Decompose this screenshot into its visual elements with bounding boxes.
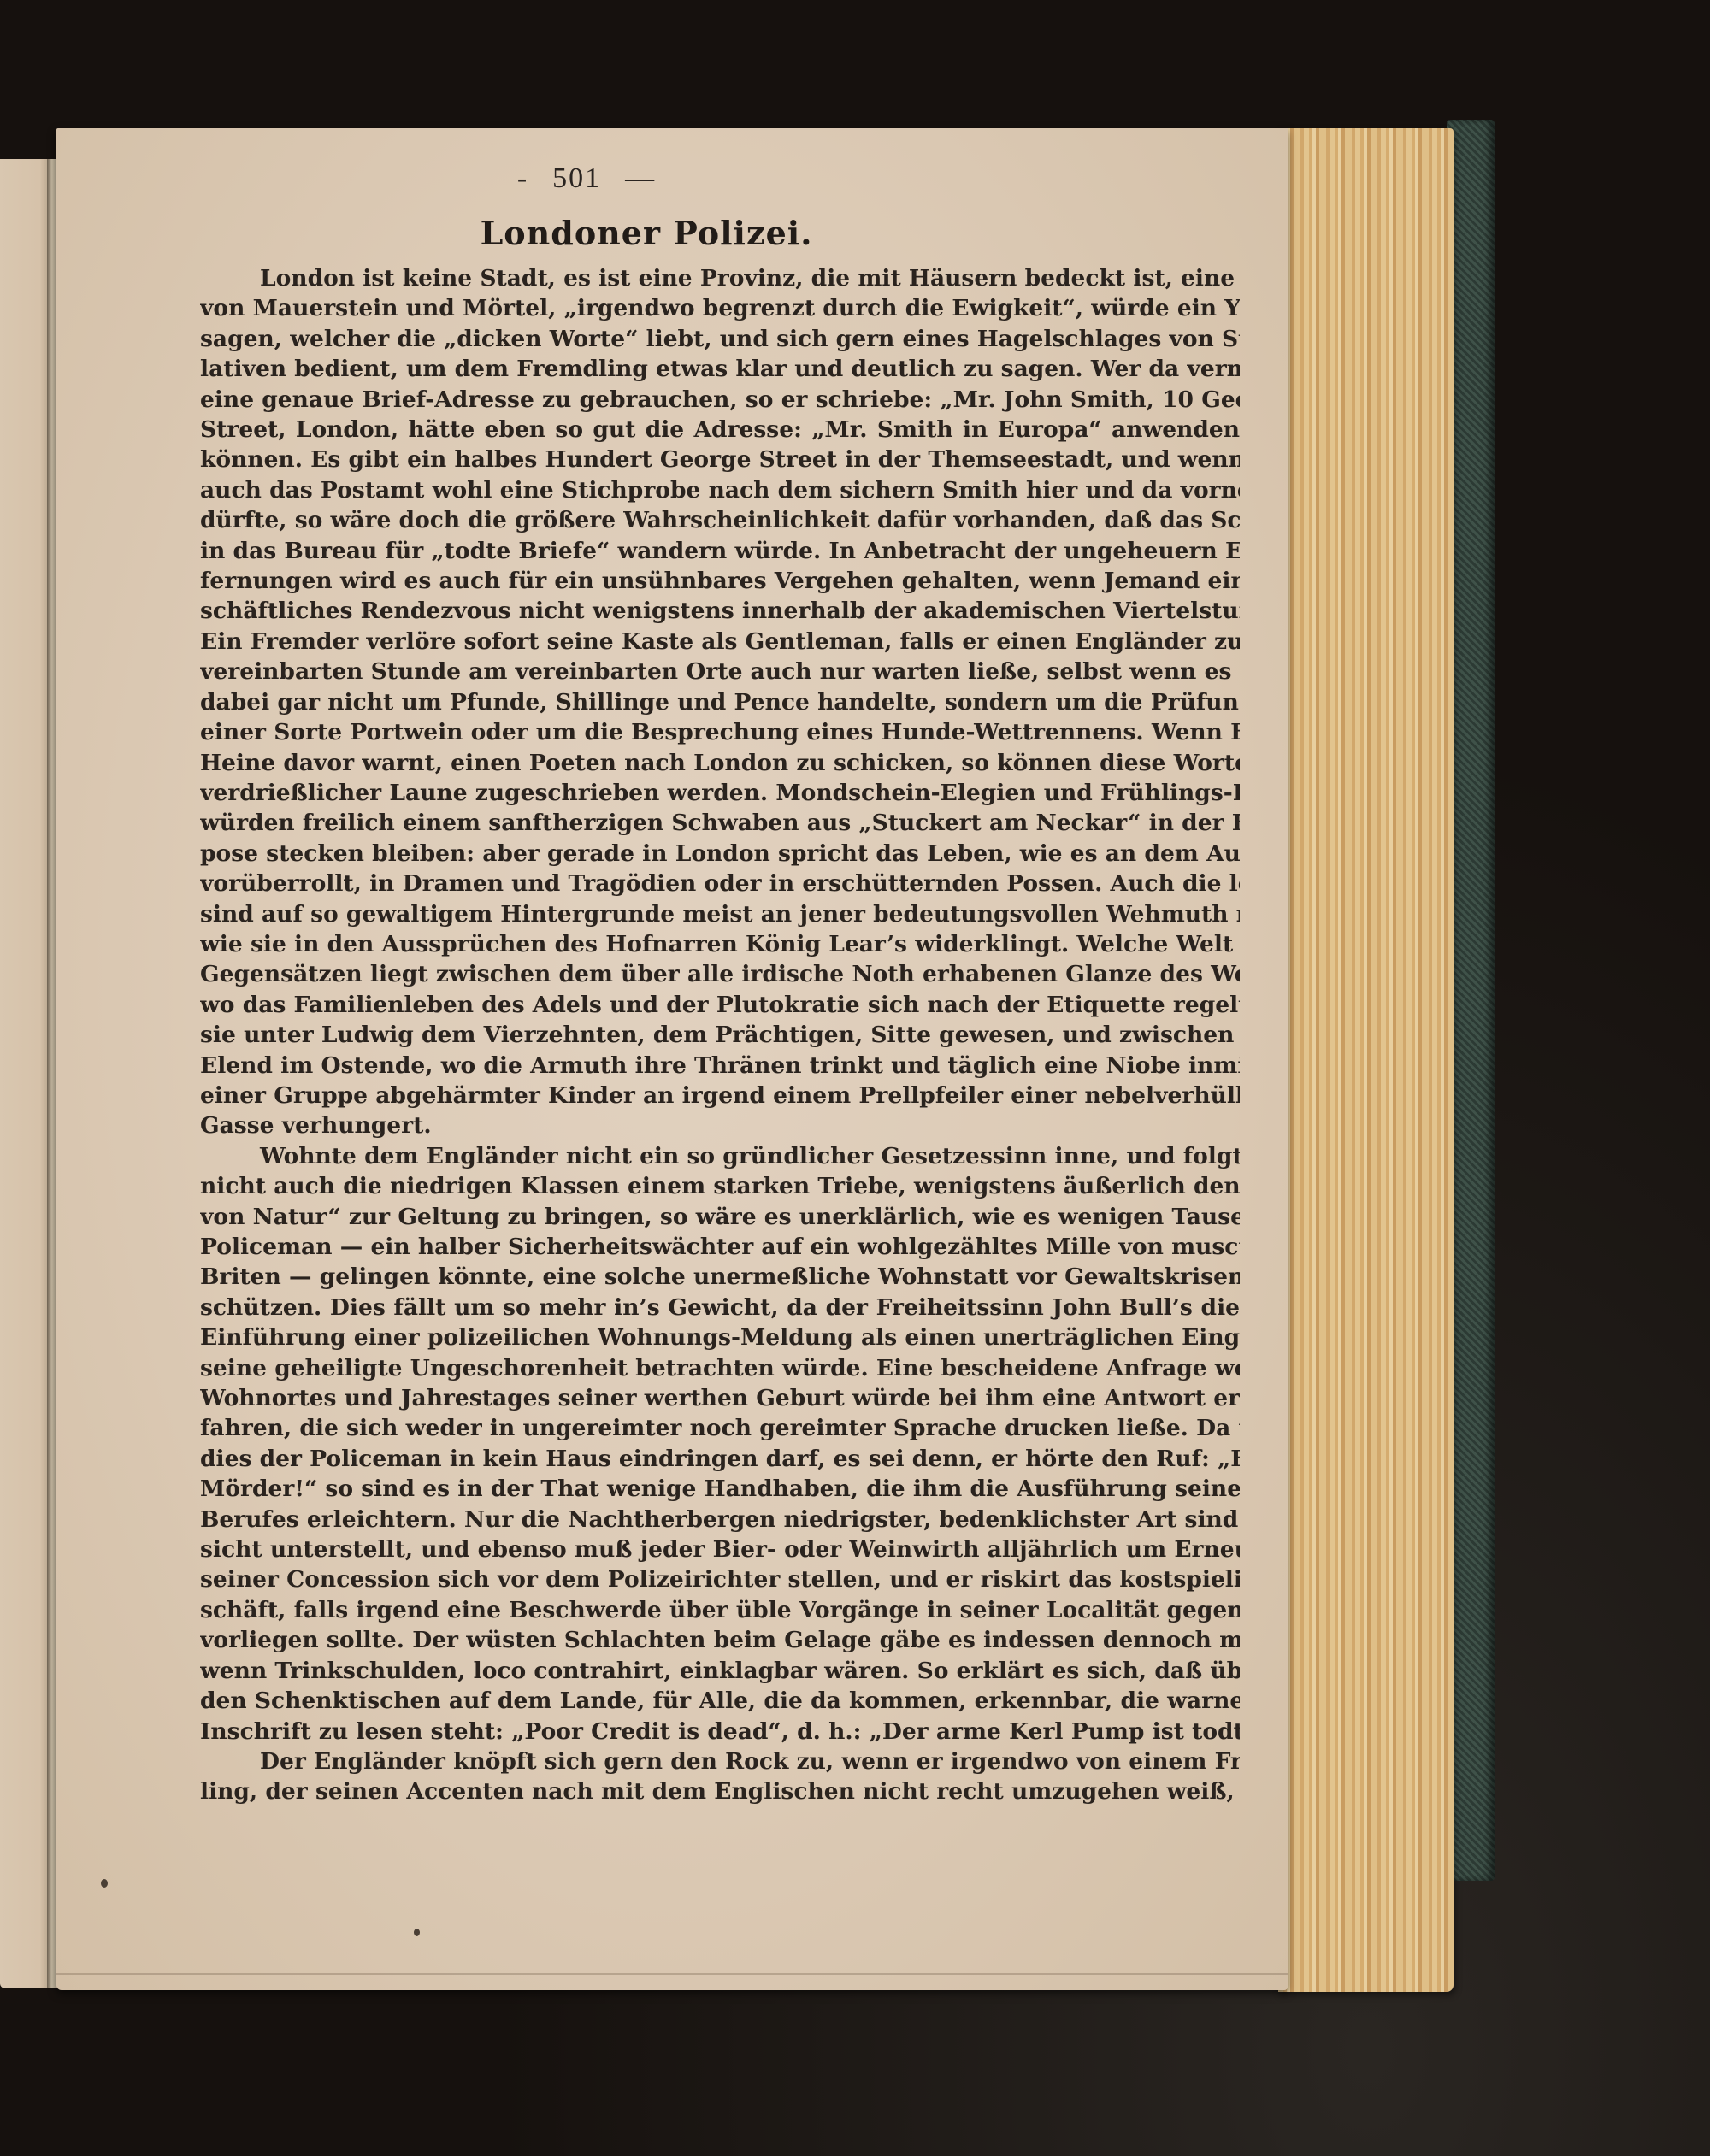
- text-line: sagen, welcher die „dicken Worte“ liebt,…: [200, 324, 1240, 354]
- text-line: Der Engländer knöpft sich gern den Rock …: [200, 1747, 1240, 1776]
- text-line: pose stecken bleiben: aber gerade in Lon…: [200, 839, 1240, 869]
- text-line: in das Bureau für „todte Briefe“ wandern…: [200, 536, 1240, 566]
- text-line: einer Gruppe abgehärmter Kinder an irgen…: [200, 1081, 1240, 1110]
- text-line: Wohnte dem Engländer nicht ein so gründl…: [200, 1141, 1240, 1171]
- text-line: sind auf so gewaltigem Hintergrunde meis…: [200, 899, 1240, 929]
- text-line: von Mauerstein und Mörtel, „irgendwo beg…: [200, 293, 1240, 323]
- text-line: vorliegen sollte. Der wüsten Schlachten …: [200, 1625, 1240, 1655]
- text-line: nicht auch die niedrigen Klassen einem s…: [200, 1171, 1240, 1201]
- text-line: vereinbarten Stunde am vereinbarten Orte…: [200, 657, 1240, 686]
- book-page: -501— Londoner Polizei. London ist keine…: [56, 128, 1288, 1990]
- text-line: ling, der seinen Accenten nach mit dem E…: [200, 1776, 1240, 1806]
- text-line: fahren, die sich weder in ungereimter no…: [200, 1413, 1240, 1443]
- article-title: Londoner Polizei.: [56, 214, 1288, 252]
- text-line: Gegensätzen liegt zwischen dem über alle…: [200, 959, 1240, 989]
- paragraph-3: Der Engländer knöpft sich gern den Rock …: [200, 1747, 1240, 1807]
- header-dash-left: -: [517, 162, 528, 195]
- text-line: Heine davor warnt, einen Poeten nach Lon…: [200, 748, 1240, 778]
- text-line: wenn Trinkschulden, loco contrahirt, ein…: [200, 1656, 1240, 1686]
- text-line: seiner Concession sich vor dem Polizeiri…: [200, 1564, 1240, 1594]
- text-line: wie sie in den Aussprüchen des Hofnarren…: [200, 929, 1240, 959]
- text-line: dürfte, so wäre doch die größere Wahrsch…: [200, 505, 1240, 535]
- text-line: vorüberrollt, in Dramen und Tragödien od…: [200, 869, 1240, 898]
- paragraph-1: London ist keine Stadt, es ist eine Prov…: [200, 263, 1240, 1141]
- page-number-header: -501—: [56, 162, 1288, 195]
- text-line: verdrießlicher Laune zugeschrieben werde…: [200, 778, 1240, 808]
- book-cover-spine: [1447, 120, 1495, 1881]
- previous-page-edge: [0, 159, 50, 1988]
- text-line: Mörder!“ so sind es in der That wenige H…: [200, 1474, 1240, 1504]
- text-line: dies der Policeman in kein Haus eindring…: [200, 1444, 1240, 1474]
- text-line: Einführung einer polizeilichen Wohnungs-…: [200, 1322, 1240, 1352]
- text-line: können. Es gibt ein halbes Hundert Georg…: [200, 445, 1240, 474]
- page-block-edges: [1278, 128, 1453, 1992]
- text-line: einer Sorte Portwein oder um die Besprec…: [200, 717, 1240, 747]
- text-line: dabei gar nicht um Pfunde, Shillinge und…: [200, 687, 1240, 717]
- text-line: Inschrift zu lesen steht: „Poor Credit i…: [200, 1717, 1240, 1747]
- text-line: wo das Familienleben des Adels und der P…: [200, 990, 1240, 1020]
- ink-spot: [414, 1929, 420, 1936]
- text-line: auch das Postamt wohl eine Stichprobe na…: [200, 475, 1240, 505]
- text-line: eine genaue Brief-Adresse zu gebrauchen,…: [200, 385, 1240, 415]
- text-line: Briten — gelingen könnte, eine solche un…: [200, 1262, 1240, 1292]
- page-number: 501: [552, 162, 601, 194]
- text-line: sie unter Ludwig dem Vierzehnten, dem Pr…: [200, 1020, 1240, 1050]
- text-line: schützen. Dies fällt um so mehr in’s Gew…: [200, 1293, 1240, 1322]
- text-line: schäft, falls irgend eine Beschwerde übe…: [200, 1595, 1240, 1625]
- text-line: sicht unterstellt, und ebenso muß jeder …: [200, 1535, 1240, 1564]
- text-line: schäftliches Rendezvous nicht wenigstens…: [200, 596, 1240, 626]
- ink-spot: [101, 1879, 108, 1888]
- article-body: London ist keine Stadt, es ist eine Prov…: [200, 263, 1240, 1807]
- paragraph-2: Wohnte dem Engländer nicht ein so gründl…: [200, 1141, 1240, 1747]
- text-line: Elend im Ostende, wo die Armuth ihre Thr…: [200, 1051, 1240, 1081]
- text-line: Ein Fremder verlöre sofort seine Kaste a…: [200, 627, 1240, 657]
- text-line: lativen bedient, um dem Fremdling etwas …: [200, 354, 1240, 384]
- text-line: fernungen wird es auch für ein unsühnbar…: [200, 566, 1240, 596]
- text-line: London ist keine Stadt, es ist eine Prov…: [200, 263, 1240, 293]
- text-line: Wohnortes und Jahrestages seiner werthen…: [200, 1383, 1240, 1413]
- text-line: seine geheiligte Ungeschorenheit betrach…: [200, 1353, 1240, 1383]
- text-line: Berufes erleichtern. Nur die Nachtherber…: [200, 1505, 1240, 1535]
- text-line: von Natur“ zur Geltung zu bringen, so wä…: [200, 1202, 1240, 1232]
- text-line: Policeman — ein halber Sicherheitswächte…: [200, 1232, 1240, 1262]
- text-line: Street, London, hätte eben so gut die Ad…: [200, 415, 1240, 445]
- text-line: den Schenktischen auf dem Lande, für All…: [200, 1686, 1240, 1716]
- header-dash-right: —: [625, 162, 656, 195]
- text-line: würden freilich einem sanftherzigen Schw…: [200, 808, 1240, 838]
- text-line: Gasse verhungert.: [200, 1110, 1240, 1140]
